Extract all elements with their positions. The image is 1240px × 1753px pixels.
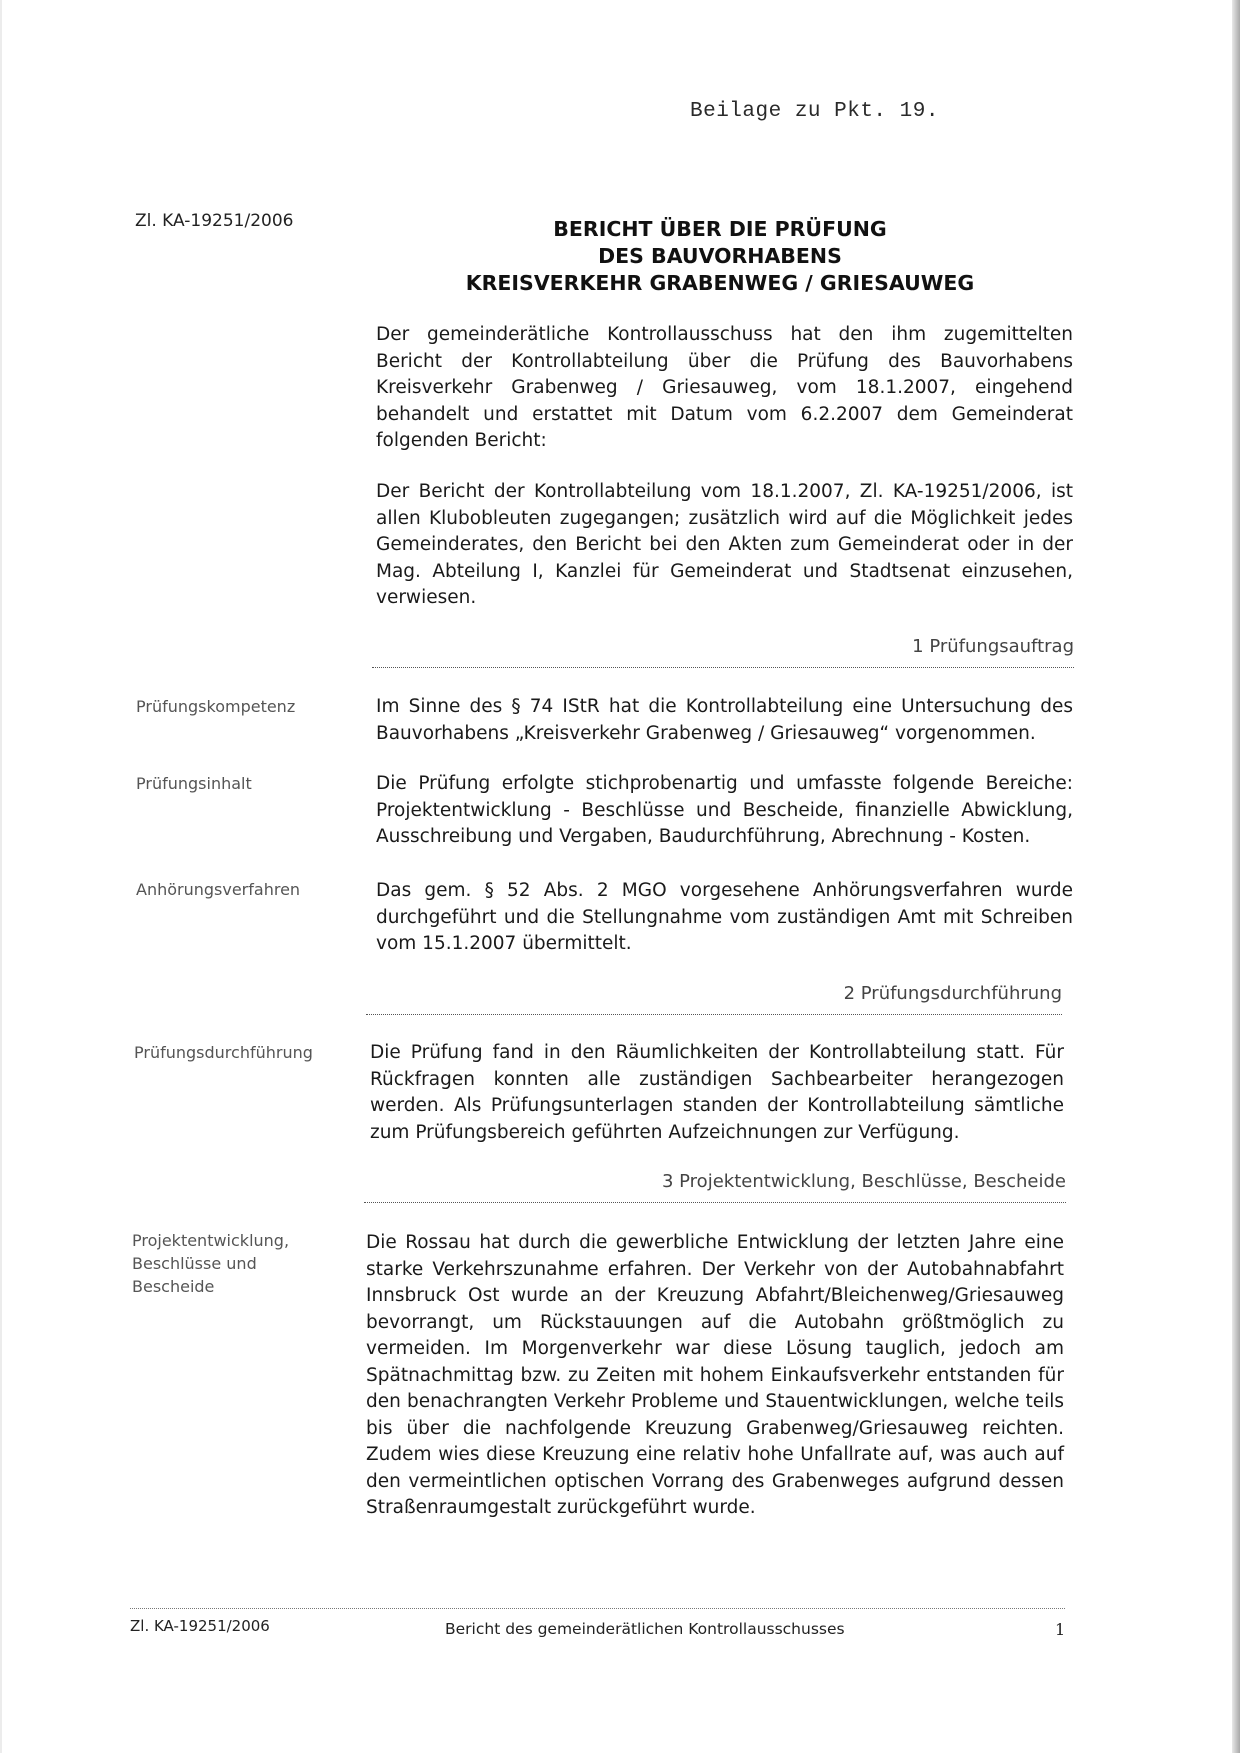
intro-paragraph-1: Der gemeinderätliche Kontrollausschuss h…	[376, 322, 1073, 455]
dotted-divider	[364, 1202, 1066, 1203]
body-pruefungskompetenz: Im Sinne des § 74 IStR hat die Kontrolla…	[376, 694, 1073, 747]
attachment-note: Beilage zu Pkt. 19.	[690, 100, 939, 123]
side-label-pruefungsdurchfuehrung: Prüfungsdurchführung	[134, 1041, 334, 1064]
scan-edge-right	[1232, 0, 1240, 1753]
side-label-anhoerungsverfahren: Anhörungsverfahren	[136, 878, 336, 901]
section-heading-text: 3 Projektentwicklung, Beschlüsse, Besche…	[364, 1171, 1066, 1192]
footer-reference: Zl. KA-19251/2006	[130, 1617, 270, 1635]
intro-paragraph-2: Der Bericht der Kontrollabteilung vom 18…	[376, 479, 1073, 612]
title-line: BERICHT ÜBER DIE PRÜFUNG	[420, 216, 1020, 243]
dotted-divider	[372, 667, 1074, 668]
footer-title: Bericht des gemeinderätlichen Kontrollau…	[445, 1620, 845, 1638]
title-line: DES BAUVORHABENS	[420, 243, 1020, 270]
scan-edge-left	[0, 0, 2, 1753]
page-number: 1	[1055, 1620, 1065, 1639]
document-title: BERICHT ÜBER DIE PRÜFUNG DES BAUVORHABEN…	[420, 216, 1020, 297]
body-pruefungsdurchfuehrung: Die Prüfung fand in den Räumlichkeiten d…	[370, 1040, 1064, 1146]
section-heading-2: 2 Prüfungsdurchführung	[366, 983, 1062, 1015]
side-label-projektentwicklung: Projektentwicklung, Beschlüsse und Besch…	[132, 1229, 322, 1298]
section-heading-text: 2 Prüfungsdurchführung	[366, 983, 1062, 1004]
body-anhoerungsverfahren: Das gem. § 52 Abs. 2 MGO vorgesehene Anh…	[376, 878, 1073, 958]
section-heading-text: 1 Prüfungsauftrag	[372, 636, 1074, 657]
title-line: KREISVERKEHR GRABENWEG / GRIESAUWEG	[420, 270, 1020, 297]
section-heading-1: 1 Prüfungsauftrag	[372, 636, 1074, 668]
body-pruefungsinhalt: Die Prüfung erfolgte stichprobenartig un…	[376, 771, 1073, 851]
dotted-divider	[366, 1014, 1062, 1015]
body-projektentwicklung: Die Rossau hat durch die gewerbliche Ent…	[366, 1230, 1064, 1522]
section-heading-3: 3 Projektentwicklung, Beschlüsse, Besche…	[364, 1171, 1066, 1203]
side-label-pruefungsinhalt: Prüfungsinhalt	[136, 772, 336, 795]
side-label-pruefungskompetenz: Prüfungskompetenz	[136, 695, 336, 718]
reference-number: Zl. KA-19251/2006	[135, 211, 294, 231]
footer-divider	[130, 1608, 1065, 1609]
